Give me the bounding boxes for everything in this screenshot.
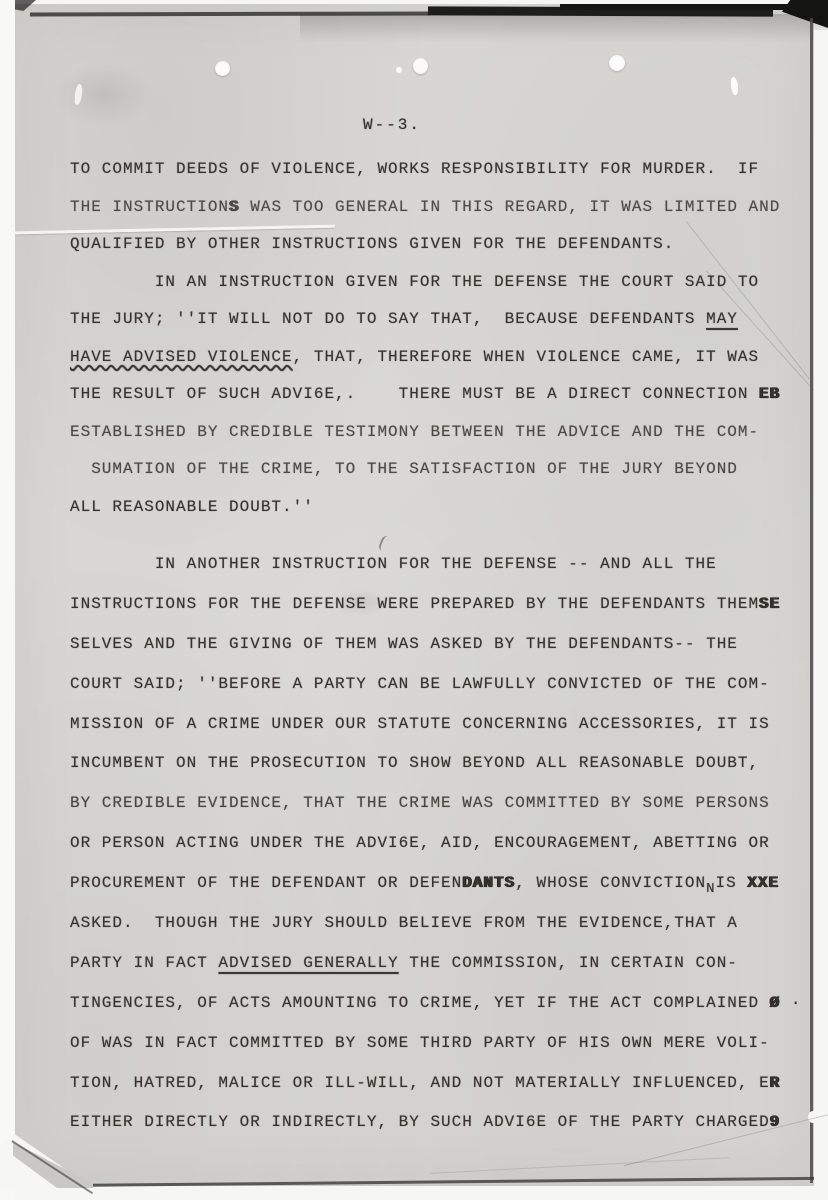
text-segment: THE JURY; ''IT WILL NOT DO TO SAY THAT, …: [70, 310, 706, 328]
text-segment: OF WAS IN FACT COMMITTED BY SOME THIRD P…: [70, 1034, 770, 1052]
text-segment: HAVE ADVISED VIOLENCE: [70, 348, 293, 366]
text-segment: , THAT, THEREFORE WHEN VIOLENCE CAME, IT…: [293, 348, 759, 366]
text-segment: BY CREDIBLE EVIDENCE, THAT THE CRIME WAS…: [70, 794, 770, 812]
text-segment: TINGENCIES, OF ACTS AMOUNTING TO CRIME, …: [70, 994, 770, 1012]
text-segment: ADVISED GENERALLY: [218, 954, 398, 972]
fingerprint-smudge: [48, 60, 158, 130]
page-number-label: W--3.: [363, 116, 421, 134]
punch-hole: [413, 58, 428, 74]
document-line: ESTABLISHED BY CREDIBLE TESTIMONY BETWEE…: [70, 423, 790, 461]
document-line: QUALIFIED BY OTHER INSTRUCTIONS GIVEN FO…: [70, 235, 790, 273]
text-segment: THE INSTRUCTION: [70, 198, 229, 216]
document-line: PROCUREMENT OF THE DEFENDANT OR DEFENDAN…: [70, 874, 790, 914]
text-segment: XXE: [747, 874, 779, 892]
text-segment: MISSION OF A CRIME UNDER OUR STATUTE CON…: [70, 715, 770, 733]
text-segment: , WHOSE CONVICTION: [515, 874, 706, 892]
document-line: IN ANOTHER INSTRUCTION FOR THE DEFENSE -…: [70, 555, 790, 595]
document-text: TO COMMIT DEEDS OF VIOLENCE, WORKS RESPO…: [70, 160, 790, 1153]
scan-background: [814, 30, 828, 1200]
document-line: MISSION OF A CRIME UNDER OUR STATUTE CON…: [70, 715, 790, 755]
document-line: THE RESULT OF SUCH ADVI6E,. THERE MUST B…: [70, 385, 790, 423]
text-segment: THE RESULT OF SUCH ADVI6E,. THERE MUST B…: [70, 385, 759, 403]
text-segment: DANTS: [462, 874, 515, 892]
text-segment: MAY: [706, 310, 738, 328]
document-line: TO COMMIT DEEDS OF VIOLENCE, WORKS RESPO…: [70, 160, 790, 198]
text-segment: INSTRUCTIONS FOR THE DEFENSE WERE PREPAR…: [70, 595, 759, 613]
document-line: THE INSTRUCTIONS WAS TOO GENERAL IN THIS…: [70, 198, 790, 236]
document-line: OR PERSON ACTING UNDER THE ADVI6E, AID, …: [70, 834, 790, 874]
text-segment: Ø: [770, 994, 781, 1012]
text-segment: R: [770, 1074, 781, 1092]
text-segment: 9: [770, 1113, 781, 1131]
paragraph: TO COMMIT DEEDS OF VIOLENCE, WORKS RESPO…: [70, 160, 790, 535]
document-line: THE JURY; ''IT WILL NOT DO TO SAY THAT, …: [70, 310, 790, 348]
document-line: HAVE ADVISED VIOLENCE, THAT, THEREFORE W…: [70, 348, 790, 386]
scanned-document-page: W--3. TO COMMIT DEEDS OF VIOLENCE, WORKS…: [0, 0, 828, 1200]
punch-hole: [609, 55, 625, 71]
punch-hole: [215, 61, 230, 76]
text-segment: ·: [780, 994, 801, 1012]
document-line: PARTY IN FACT ADVISED GENERALLY THE COMM…: [70, 954, 790, 994]
text-segment: SELVES AND THE GIVING OF THEM WAS ASKED …: [70, 635, 738, 653]
text-segment: QUALIFIED BY OTHER INSTRUCTIONS GIVEN FO…: [70, 235, 674, 253]
document-line: COURT SAID; ''BEFORE A PARTY CAN BE LAWF…: [70, 675, 790, 715]
text-segment: THE COMMISSION, IN CERTAIN CON-: [399, 954, 738, 972]
text-segment: WAS TOO GENERAL IN THIS REGARD, IT WAS L…: [240, 198, 781, 216]
text-segment: N: [706, 881, 715, 897]
text-segment: IS: [716, 874, 748, 892]
document-line: TION, HATRED, MALICE OR ILL-WILL, AND NO…: [70, 1074, 790, 1114]
text-segment: ASKED. THOUGH THE JURY SHOULD BELIEVE FR…: [70, 914, 738, 932]
text-segment: IN AN INSTRUCTION GIVEN FOR THE DEFENSE …: [70, 273, 759, 291]
text-segment: EITHER DIRECTLY OR INDIRECTLY, BY SUCH A…: [70, 1113, 770, 1131]
document-line: SELVES AND THE GIVING OF THEM WAS ASKED …: [70, 635, 790, 675]
text-segment: PARTY IN FACT: [70, 954, 218, 972]
text-segment: S: [229, 198, 240, 216]
text-segment: TO COMMIT DEEDS OF VIOLENCE, WORKS RESPO…: [70, 160, 759, 178]
text-segment: SE: [759, 595, 780, 613]
right-edge-shadow: [810, 18, 813, 1183]
text-segment: SUMATION OF THE CRIME, TO THE SATISFACTI…: [70, 460, 738, 478]
text-segment: OR PERSON ACTING UNDER THE ADVI6E, AID, …: [70, 834, 770, 852]
text-segment: ESTABLISHED BY CREDIBLE TESTIMONY BETWEE…: [70, 423, 759, 441]
document-line: EITHER DIRECTLY OR INDIRECTLY, BY SUCH A…: [70, 1113, 790, 1153]
text-segment: PROCUREMENT OF THE DEFENDANT OR DEFEN: [70, 874, 462, 892]
document-line: SUMATION OF THE CRIME, TO THE SATISFACTI…: [70, 460, 790, 498]
document-line: OF WAS IN FACT COMMITTED BY SOME THIRD P…: [70, 1034, 790, 1074]
document-line: INSTRUCTIONS FOR THE DEFENSE WERE PREPAR…: [70, 595, 790, 635]
top-edge-smear: [300, 14, 828, 42]
text-segment: ALL REASONABLE DOUBT.'': [70, 498, 314, 516]
scan-background: [0, 1189, 828, 1200]
document-line: IN AN INSTRUCTION GIVEN FOR THE DEFENSE …: [70, 273, 790, 311]
text-segment: COURT SAID; ''BEFORE A PARTY CAN BE LAWF…: [70, 675, 770, 693]
text-segment: INCUMBENT ON THE PROSECUTION TO SHOW BEY…: [70, 754, 759, 772]
document-line: BY CREDIBLE EVIDENCE, THAT THE CRIME WAS…: [70, 794, 790, 834]
paper-speck: [396, 67, 402, 73]
paragraph: IN ANOTHER INSTRUCTION FOR THE DEFENSE -…: [70, 555, 790, 1153]
text-segment: EB: [759, 385, 780, 403]
document-line: TINGENCIES, OF ACTS AMOUNTING TO CRIME, …: [70, 994, 790, 1034]
text-segment: IN ANOTHER INSTRUCTION FOR THE DEFENSE -…: [70, 555, 717, 573]
text-segment: TION, HATRED, MALICE OR ILL-WILL, AND NO…: [70, 1074, 770, 1092]
scan-background: [0, 0, 15, 1200]
document-line: INCUMBENT ON THE PROSECUTION TO SHOW BEY…: [70, 754, 790, 794]
document-line: ALL REASONABLE DOUBT.'': [70, 498, 790, 536]
document-line: ASKED. THOUGH THE JURY SHOULD BELIEVE FR…: [70, 914, 790, 954]
